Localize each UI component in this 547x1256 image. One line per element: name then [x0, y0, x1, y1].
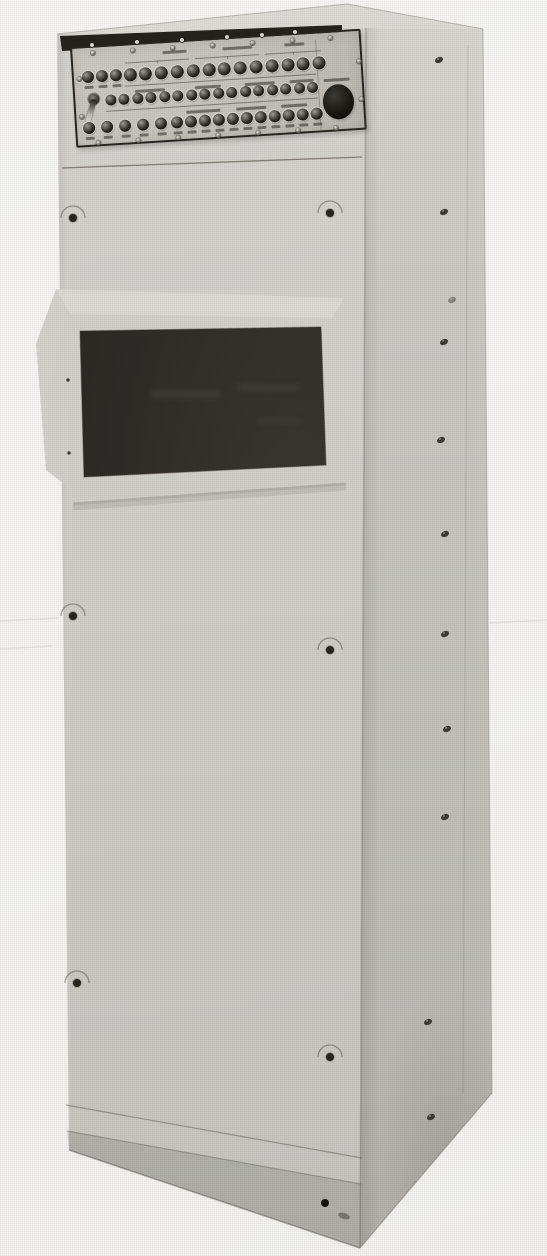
side-bottom-shadow	[370, 980, 500, 1256]
toggle-switch-lever	[85, 99, 96, 122]
panel-knob	[105, 94, 117, 106]
panel-engraved-tick	[293, 52, 294, 55]
panel-knob	[119, 119, 132, 132]
panel-knob	[118, 93, 130, 105]
panel-knob	[266, 84, 278, 96]
photo-vintage-cabinet	[0, 0, 547, 1256]
panel-label-text	[84, 86, 93, 89]
panel-knob	[185, 115, 198, 128]
panel-knob	[154, 65, 168, 79]
panel-label-text	[285, 124, 294, 127]
seam-line	[0, 646, 52, 649]
panel-screw	[96, 140, 101, 145]
panel-knob	[202, 62, 216, 76]
panel-screw	[136, 138, 141, 143]
panel-knob	[212, 113, 225, 126]
panel-screw	[77, 76, 82, 81]
panel-screw	[216, 133, 221, 138]
panel-knob	[253, 84, 265, 96]
panel-knob	[265, 58, 279, 72]
panel-knob	[218, 61, 232, 75]
panel-label-text	[201, 129, 210, 132]
panel-knob	[199, 88, 211, 100]
panel-screw	[296, 128, 301, 133]
panel-knob	[171, 116, 184, 129]
panel-label-text	[281, 103, 307, 107]
panel-knob	[145, 91, 157, 103]
panel-screw	[328, 35, 333, 40]
panel-knob	[199, 114, 212, 127]
panel-knob	[240, 112, 253, 125]
glass-reflection	[258, 418, 300, 424]
panel-screw	[256, 130, 261, 135]
panel-label-text	[112, 84, 121, 87]
panel-knob	[170, 64, 184, 78]
panel-screw	[359, 97, 364, 102]
panel-knob	[137, 118, 150, 131]
panel-knob	[185, 89, 197, 101]
panel-knob	[249, 59, 263, 73]
panel-screw	[333, 125, 338, 130]
panel-knob	[239, 85, 251, 97]
seam-line	[489, 620, 547, 623]
round-port	[322, 83, 355, 120]
panel-label-text	[284, 42, 304, 46]
panel-label-text	[173, 131, 182, 134]
panel-knob	[281, 57, 295, 71]
panel-label-text	[236, 106, 266, 110]
panel-label-text	[85, 137, 94, 140]
panel-label-text	[157, 132, 166, 135]
panel-knob	[310, 107, 323, 120]
panel-knob	[282, 109, 295, 122]
panel-knob	[312, 55, 326, 69]
panel-screw	[210, 43, 215, 48]
panel-knob	[307, 81, 319, 93]
panel-knob	[172, 89, 184, 101]
panel-screw	[79, 114, 84, 119]
panel-engraved-tick	[157, 60, 158, 63]
panel-label-text	[299, 123, 308, 126]
front-left-edge-shade	[56, 34, 68, 1154]
panel-knob	[123, 67, 137, 81]
panel-label-text	[243, 127, 252, 130]
panel-knob	[155, 117, 168, 130]
panel-knob	[268, 110, 281, 123]
panel-label-text	[162, 50, 186, 54]
panel-label-text	[139, 133, 148, 136]
panel-knob	[293, 82, 305, 94]
panel-label-text	[186, 109, 220, 114]
panel-screw	[90, 50, 95, 55]
panel-label-text	[222, 46, 252, 50]
panel-screw	[356, 59, 361, 64]
panel-screw	[176, 135, 181, 140]
panel-knob	[139, 66, 153, 80]
panel-knob	[254, 111, 267, 124]
panel-knob	[296, 108, 309, 121]
panel-knob	[82, 71, 95, 84]
panel-knob	[226, 86, 238, 98]
panel-knob	[131, 92, 143, 104]
panel-label-text	[271, 125, 280, 128]
seam-line	[0, 618, 58, 621]
panel-knob	[83, 122, 96, 135]
panel-label-text	[98, 85, 107, 88]
panel-knob	[280, 83, 292, 95]
panel-label-text	[103, 136, 112, 139]
control-panel	[70, 29, 367, 148]
panel-label-text	[229, 128, 238, 131]
panel-engraved-tick	[227, 56, 228, 59]
panel-label-text	[215, 128, 224, 131]
panel-screw	[250, 40, 255, 45]
panel-label-text	[187, 130, 196, 133]
panel-knob	[101, 120, 114, 133]
panel-knob	[212, 87, 224, 99]
panel-knob	[233, 60, 247, 74]
glass-reflection	[150, 390, 220, 398]
glass-reflection	[238, 384, 300, 391]
panel-knob	[296, 56, 310, 70]
panel-knob	[226, 113, 239, 126]
panel-knob	[186, 63, 200, 77]
panel-label-text	[257, 126, 266, 129]
panel-label-text	[324, 78, 350, 82]
panel-knob	[158, 90, 170, 102]
panel-label-text	[121, 134, 130, 137]
panel-screw	[130, 48, 135, 53]
panel-knob	[109, 69, 122, 82]
panel-knob	[96, 70, 109, 83]
